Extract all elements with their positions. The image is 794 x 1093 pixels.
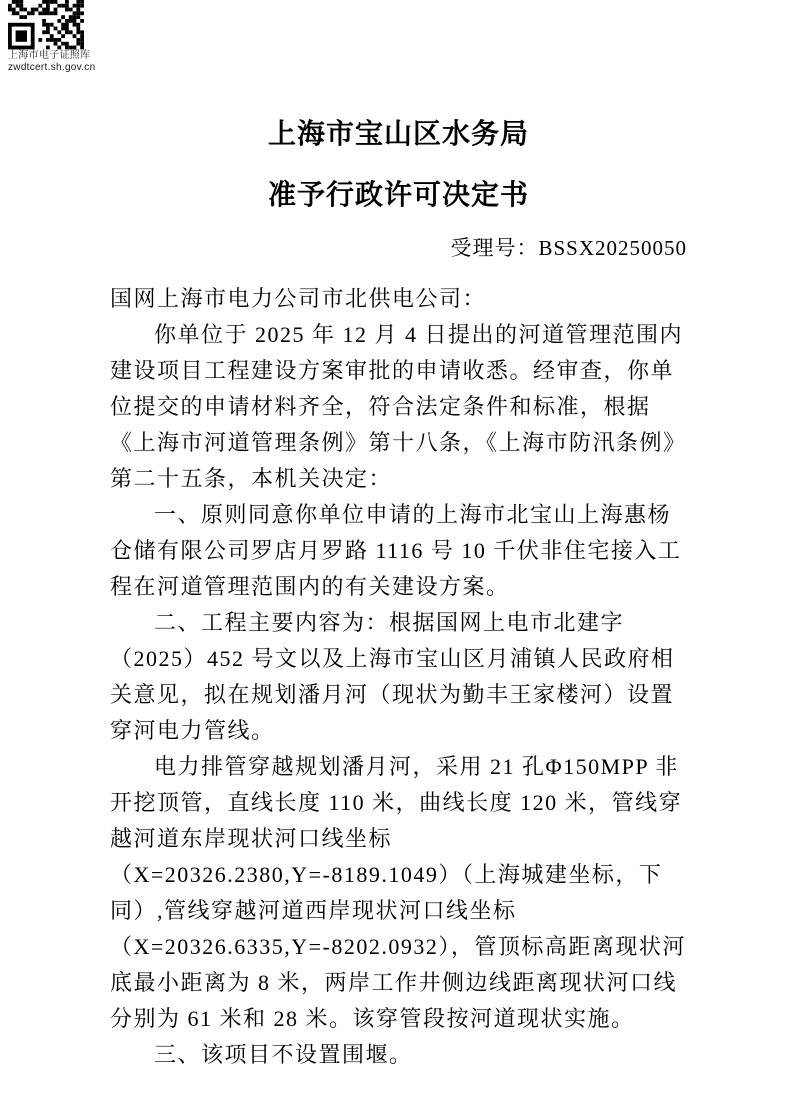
- body-paragraph: 你单位于 2025 年 12 月 4 日提出的河道管理范围内建设项目工程建设方案…: [110, 317, 687, 497]
- agency-title: 上海市宝山区水务局: [110, 117, 687, 153]
- qr-caption-source: 上海市电子证照库: [8, 50, 108, 62]
- salutation: 国网上海市电力公司市北供电公司：: [110, 281, 687, 317]
- body-paragraph: 一、原则同意你单位申请的上海市北宝山上海惠杨仓储有限公司罗店月罗路 1116 号…: [110, 497, 687, 605]
- document-body: 国网上海市电力公司市北供电公司： 你单位于 2025 年 12 月 4 日提出的…: [110, 281, 687, 1073]
- qr-code: [8, 0, 84, 50]
- body-paragraph: 电力排管穿越规划潘月河，采用 21 孔Φ150MPP 非开挖顶管，直线长度 11…: [110, 749, 687, 1037]
- qr-caption-url: zwdtcert.sh.gov.cn: [8, 62, 108, 74]
- qr-stamp-block: 上海市电子证照库 zwdtcert.sh.gov.cn: [8, 0, 108, 73]
- body-paragraph: 三、该项目不设置围堰。: [110, 1037, 687, 1073]
- acceptance-number: 受理号：BSSX20250050: [110, 234, 687, 262]
- document-page: 上海市宝山区水务局 准予行政许可决定书 受理号：BSSX20250050 国网上…: [0, 0, 794, 1073]
- document-type-title: 准予行政许可决定书: [110, 178, 687, 214]
- body-paragraph: 二、工程主要内容为：根据国网上电市北建字（2025）452 号文以及上海市宝山区…: [110, 605, 687, 749]
